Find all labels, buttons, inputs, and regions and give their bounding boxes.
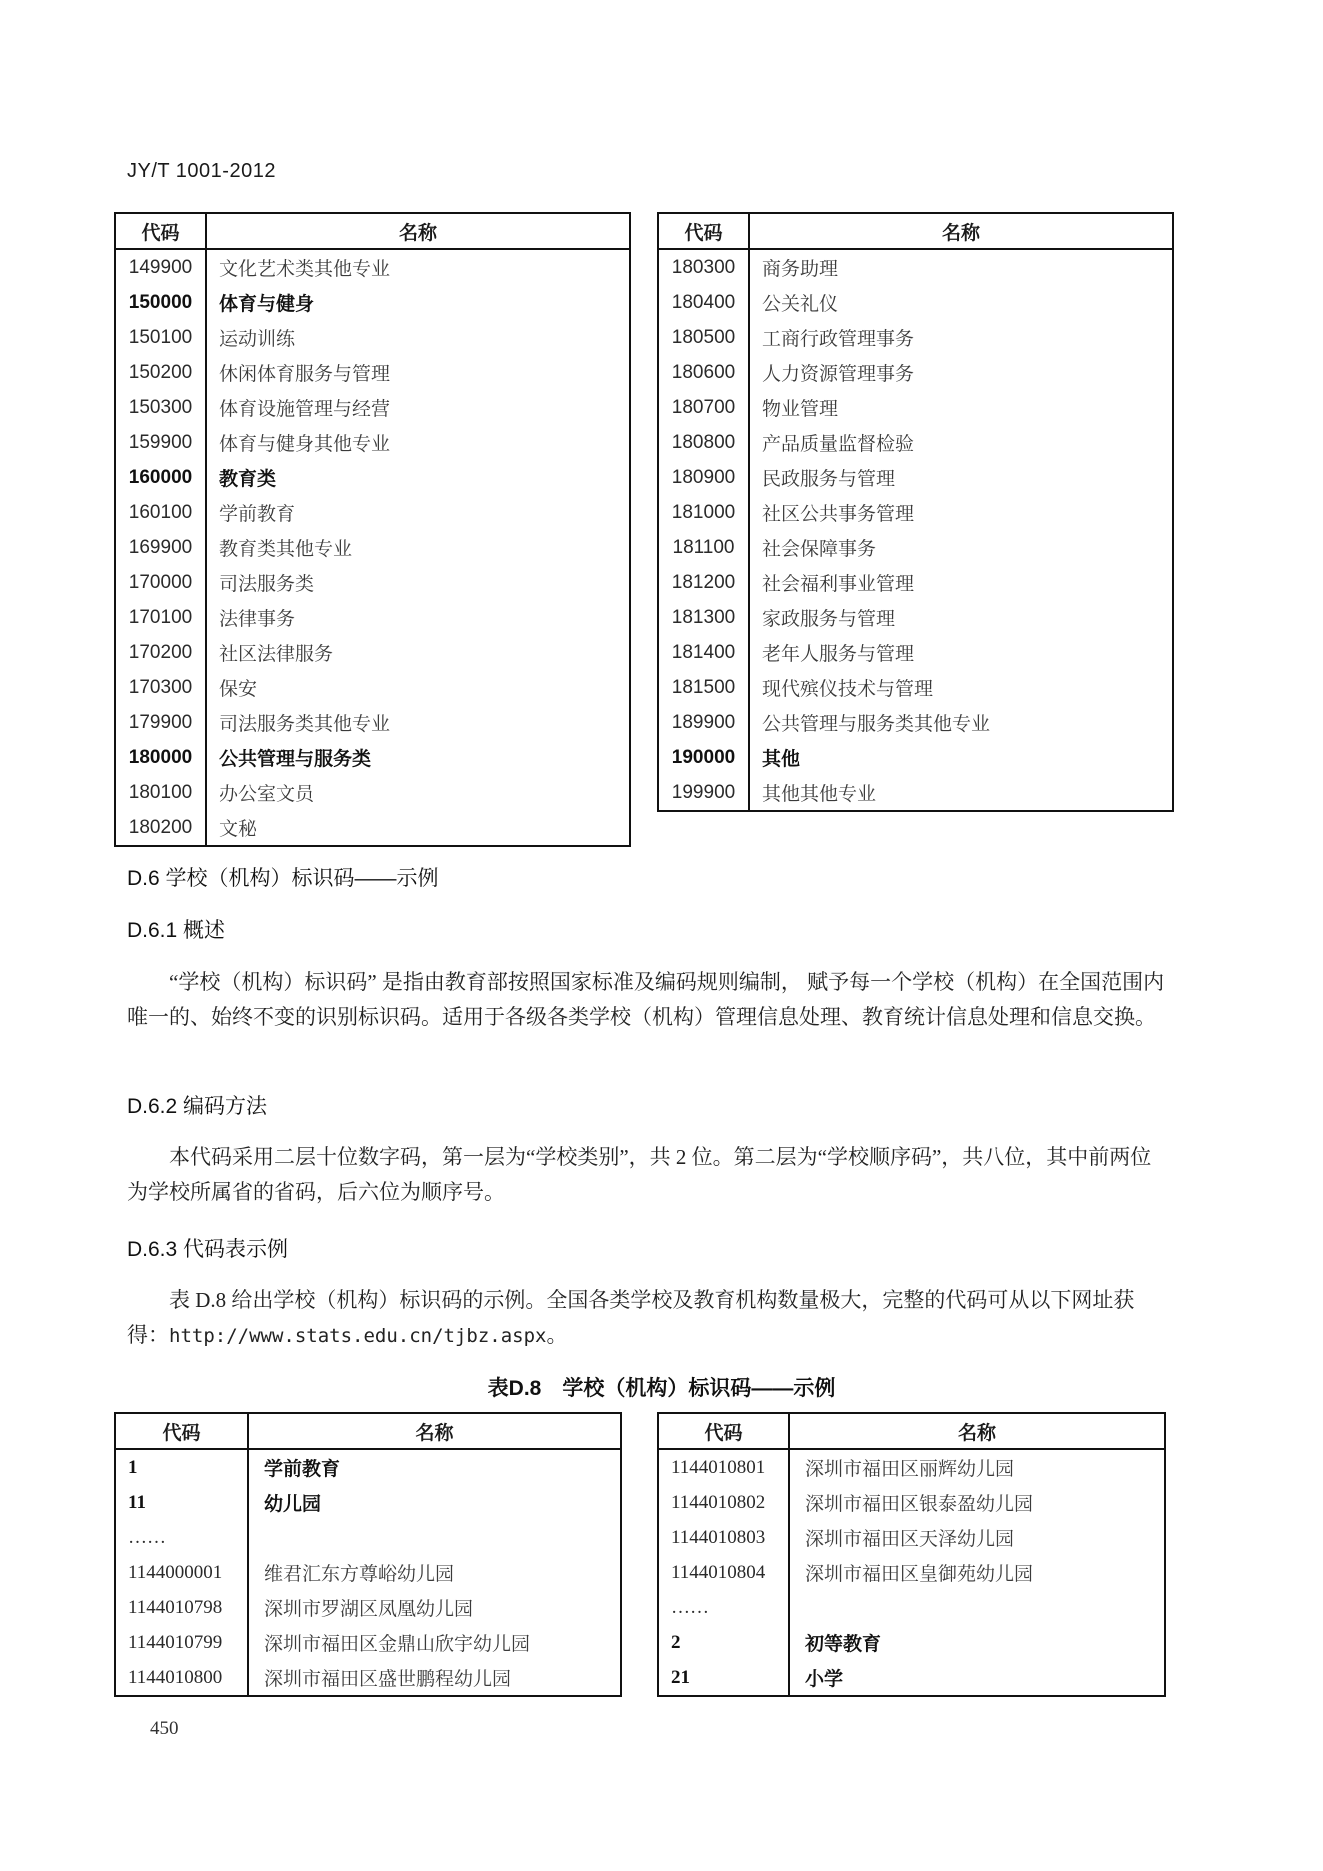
- table-row: 160100学前教育: [115, 495, 630, 530]
- table-row: 170200社区法律服务: [115, 635, 630, 670]
- table-row: 181000社区公共事务管理: [658, 495, 1173, 530]
- table-header-row: 代码 名称: [658, 1413, 1165, 1449]
- table-row: 190000其他: [658, 740, 1173, 775]
- cell-name: 深圳市福田区银泰盈幼儿园: [789, 1485, 1165, 1520]
- cell-name: 深圳市福田区金鼎山欣宇幼儿园: [248, 1625, 621, 1660]
- stats-url-link[interactable]: http://www.stats.edu.cn/tjbz.aspx: [169, 1325, 547, 1347]
- cell-name: 其他其他专业: [749, 775, 1173, 811]
- cell-code: 160100: [115, 495, 206, 530]
- table-row: 150300体育设施管理与经营: [115, 390, 630, 425]
- cell-code: 180700: [658, 390, 749, 425]
- cell-name: 体育与健身: [206, 285, 630, 320]
- cell-name: 办公室文员: [206, 775, 630, 810]
- table-row: 199900其他其他专业: [658, 775, 1173, 811]
- table-row: 1144010798深圳市罗湖区凤凰幼儿园: [115, 1590, 621, 1625]
- table-header-row: 代码 名称: [115, 1413, 621, 1449]
- table-row: 1144000001维君汇东方尊峪幼儿园: [115, 1555, 621, 1590]
- cell-name: 学前教育: [248, 1449, 621, 1485]
- school-code-table-left: 代码 名称 1学前教育11幼儿园……1144000001维君汇东方尊峪幼儿园11…: [114, 1412, 622, 1697]
- table-row: 180700物业管理: [658, 390, 1173, 425]
- cell-code: 170100: [115, 600, 206, 635]
- cell-name: 文秘: [206, 810, 630, 846]
- cell-code: 11: [115, 1485, 248, 1520]
- table-row: 149900文化艺术类其他专业: [115, 249, 630, 285]
- table-row: 1144010801深圳市福田区丽辉幼儿园: [658, 1449, 1165, 1485]
- cell-code: 181300: [658, 600, 749, 635]
- cell-name: 公关礼仪: [749, 285, 1173, 320]
- column-header-name: 名称: [248, 1413, 621, 1449]
- table-row: 1144010802深圳市福田区银泰盈幼儿园: [658, 1485, 1165, 1520]
- cell-code: 181000: [658, 495, 749, 530]
- cell-name: 深圳市福田区丽辉幼儿园: [789, 1449, 1165, 1485]
- table-row: ……: [658, 1590, 1165, 1625]
- table-row: 1学前教育: [115, 1449, 621, 1485]
- cell-name: 民政服务与管理: [749, 460, 1173, 495]
- table-row: 1144010804深圳市福田区皇御苑幼儿园: [658, 1555, 1165, 1590]
- cell-code: 170000: [115, 565, 206, 600]
- cell-name: 商务助理: [749, 249, 1173, 285]
- table-row: 1144010799深圳市福田区金鼎山欣宇幼儿园: [115, 1625, 621, 1660]
- cell-name: 公共管理与服务类: [206, 740, 630, 775]
- cell-code: 1144000001: [115, 1555, 248, 1590]
- cell-code: 181200: [658, 565, 749, 600]
- cell-code: 1144010802: [658, 1485, 789, 1520]
- table-row: 11幼儿园: [115, 1485, 621, 1520]
- table-row: 180400公关礼仪: [658, 285, 1173, 320]
- column-header-name: 名称: [206, 213, 630, 249]
- cell-name: 文化艺术类其他专业: [206, 249, 630, 285]
- cell-code: 170300: [115, 670, 206, 705]
- table-row: 181400老年人服务与管理: [658, 635, 1173, 670]
- section-heading-d61: D.6.1 概述: [127, 914, 225, 944]
- cell-code: 150200: [115, 355, 206, 390]
- cell-name: 其他: [749, 740, 1173, 775]
- cell-name: 社区法律服务: [206, 635, 630, 670]
- cell-name: 法律事务: [206, 600, 630, 635]
- cell-name: 老年人服务与管理: [749, 635, 1173, 670]
- paragraph-d62: 本代码采用二层十位数字码，第一层为“学校类别”，共 2 位。第二层为“学校顺序码…: [127, 1140, 1172, 1210]
- paragraph-d63-end: 。: [547, 1323, 568, 1347]
- cell-name: 小学: [789, 1660, 1165, 1696]
- table-row: 169900教育类其他专业: [115, 530, 630, 565]
- table-row: 180100办公室文员: [115, 775, 630, 810]
- table-header-row: 代码 名称: [115, 213, 630, 249]
- cell-code: 180000: [115, 740, 206, 775]
- table-row: 1144010803深圳市福田区天泽幼儿园: [658, 1520, 1165, 1555]
- table-row: ……: [115, 1520, 621, 1555]
- major-code-table-left: 代码 名称 149900文化艺术类其他专业150000体育与健身150100运动…: [114, 212, 631, 847]
- cell-name: [248, 1520, 621, 1555]
- cell-code: 1: [115, 1449, 248, 1485]
- cell-name: 工商行政管理事务: [749, 320, 1173, 355]
- cell-code: 181400: [658, 635, 749, 670]
- cell-code: 169900: [115, 530, 206, 565]
- cell-code: 180200: [115, 810, 206, 846]
- page-number: 450: [150, 1718, 179, 1740]
- table-row: 180000公共管理与服务类: [115, 740, 630, 775]
- cell-name: 人力资源管理事务: [749, 355, 1173, 390]
- cell-code: 1144010798: [115, 1590, 248, 1625]
- column-header-code: 代码: [658, 213, 749, 249]
- cell-code: 159900: [115, 425, 206, 460]
- cell-code: 180400: [658, 285, 749, 320]
- cell-code: 180100: [115, 775, 206, 810]
- column-header-code: 代码: [115, 1413, 248, 1449]
- cell-code: 180900: [658, 460, 749, 495]
- major-code-table-right: 代码 名称 180300商务助理180400公关礼仪180500工商行政管理事务…: [657, 212, 1174, 812]
- table-row: 159900体育与健身其他专业: [115, 425, 630, 460]
- cell-name: 社会福利事业管理: [749, 565, 1173, 600]
- table-row: 181500现代殡仪技术与管理: [658, 670, 1173, 705]
- cell-code: 1144010801: [658, 1449, 789, 1485]
- paragraph-d61: “学校（机构）标识码” 是指由教育部按照国家标准及编码规则编制， 赋予每一个学校…: [127, 965, 1172, 1035]
- table-row: 180200文秘: [115, 810, 630, 846]
- cell-name: 深圳市福田区盛世鹏程幼儿园: [248, 1660, 621, 1696]
- cell-name: 深圳市福田区天泽幼儿园: [789, 1520, 1165, 1555]
- cell-name: 司法服务类其他专业: [206, 705, 630, 740]
- table-row: 189900公共管理与服务类其他专业: [658, 705, 1173, 740]
- cell-name: 物业管理: [749, 390, 1173, 425]
- table-row: 2初等教育: [658, 1625, 1165, 1660]
- table-row: 150100运动训练: [115, 320, 630, 355]
- cell-code: 180500: [658, 320, 749, 355]
- cell-name: 社区公共事务管理: [749, 495, 1173, 530]
- table-row: 181200社会福利事业管理: [658, 565, 1173, 600]
- cell-code: ……: [115, 1520, 248, 1555]
- cell-code: 180800: [658, 425, 749, 460]
- paragraph-d63: 表 D.8 给出学校（机构）标识码的示例。全国各类学校及教育机构数量极大，完整的…: [127, 1283, 1172, 1354]
- table-caption-d8: 表D.8 学校（机构）标识码——示例: [0, 1372, 1323, 1402]
- cell-name: 司法服务类: [206, 565, 630, 600]
- school-code-table-right: 代码 名称 1144010801深圳市福田区丽辉幼儿园1144010802深圳市…: [657, 1412, 1166, 1697]
- cell-code: 181100: [658, 530, 749, 565]
- cell-code: 2: [658, 1625, 789, 1660]
- cell-name: 公共管理与服务类其他专业: [749, 705, 1173, 740]
- column-header-name: 名称: [789, 1413, 1165, 1449]
- section-heading-d6: D.6 学校（机构）标识码——示例: [127, 862, 439, 892]
- cell-code: 1144010804: [658, 1555, 789, 1590]
- cell-name: 家政服务与管理: [749, 600, 1173, 635]
- table-header-row: 代码 名称: [658, 213, 1173, 249]
- cell-name: 初等教育: [789, 1625, 1165, 1660]
- table-row: 150000体育与健身: [115, 285, 630, 320]
- table-row: 181300家政服务与管理: [658, 600, 1173, 635]
- cell-code: 180600: [658, 355, 749, 390]
- table-row: 180600人力资源管理事务: [658, 355, 1173, 390]
- cell-name: 体育设施管理与经营: [206, 390, 630, 425]
- section-heading-d63: D.6.3 代码表示例: [127, 1233, 288, 1263]
- column-header-code: 代码: [115, 213, 206, 249]
- cell-code: 199900: [658, 775, 749, 811]
- table-row: 181100社会保障事务: [658, 530, 1173, 565]
- table-row: 180800产品质量监督检验: [658, 425, 1173, 460]
- table-row: 160000教育类: [115, 460, 630, 495]
- table-row: 180900民政服务与管理: [658, 460, 1173, 495]
- table-row: 150200休闲体育服务与管理: [115, 355, 630, 390]
- cell-name: 产品质量监督检验: [749, 425, 1173, 460]
- cell-name: 运动训练: [206, 320, 630, 355]
- cell-code: 1144010799: [115, 1625, 248, 1660]
- cell-code: 190000: [658, 740, 749, 775]
- cell-name: 教育类: [206, 460, 630, 495]
- table-row: 170300保安: [115, 670, 630, 705]
- cell-code: 150000: [115, 285, 206, 320]
- cell-code: 149900: [115, 249, 206, 285]
- cell-code: 179900: [115, 705, 206, 740]
- cell-code: 1144010800: [115, 1660, 248, 1696]
- cell-code: 150100: [115, 320, 206, 355]
- cell-code: 180300: [658, 249, 749, 285]
- table-row: 170000司法服务类: [115, 565, 630, 600]
- column-header-name: 名称: [749, 213, 1173, 249]
- cell-name: 幼儿园: [248, 1485, 621, 1520]
- cell-name: [789, 1590, 1165, 1625]
- cell-name: 维君汇东方尊峪幼儿园: [248, 1555, 621, 1590]
- cell-code: 1144010803: [658, 1520, 789, 1555]
- section-heading-d62: D.6.2 编码方法: [127, 1090, 267, 1120]
- cell-code: ……: [658, 1590, 789, 1625]
- document-id: JY/T 1001-2012: [127, 160, 276, 183]
- cell-name: 教育类其他专业: [206, 530, 630, 565]
- table-row: 21小学: [658, 1660, 1165, 1696]
- cell-code: 150300: [115, 390, 206, 425]
- table-row: 180300商务助理: [658, 249, 1173, 285]
- cell-name: 休闲体育服务与管理: [206, 355, 630, 390]
- cell-name: 学前教育: [206, 495, 630, 530]
- cell-code: 160000: [115, 460, 206, 495]
- table-row: 180500工商行政管理事务: [658, 320, 1173, 355]
- cell-name: 现代殡仪技术与管理: [749, 670, 1173, 705]
- cell-name: 社会保障事务: [749, 530, 1173, 565]
- table-row: 170100法律事务: [115, 600, 630, 635]
- cell-code: 181500: [658, 670, 749, 705]
- cell-code: 21: [658, 1660, 789, 1696]
- cell-code: 170200: [115, 635, 206, 670]
- cell-name: 保安: [206, 670, 630, 705]
- table-row: 179900司法服务类其他专业: [115, 705, 630, 740]
- column-header-code: 代码: [658, 1413, 789, 1449]
- cell-name: 深圳市福田区皇御苑幼儿园: [789, 1555, 1165, 1590]
- cell-name: 体育与健身其他专业: [206, 425, 630, 460]
- cell-name: 深圳市罗湖区凤凰幼儿园: [248, 1590, 621, 1625]
- table-row: 1144010800深圳市福田区盛世鹏程幼儿园: [115, 1660, 621, 1696]
- cell-code: 189900: [658, 705, 749, 740]
